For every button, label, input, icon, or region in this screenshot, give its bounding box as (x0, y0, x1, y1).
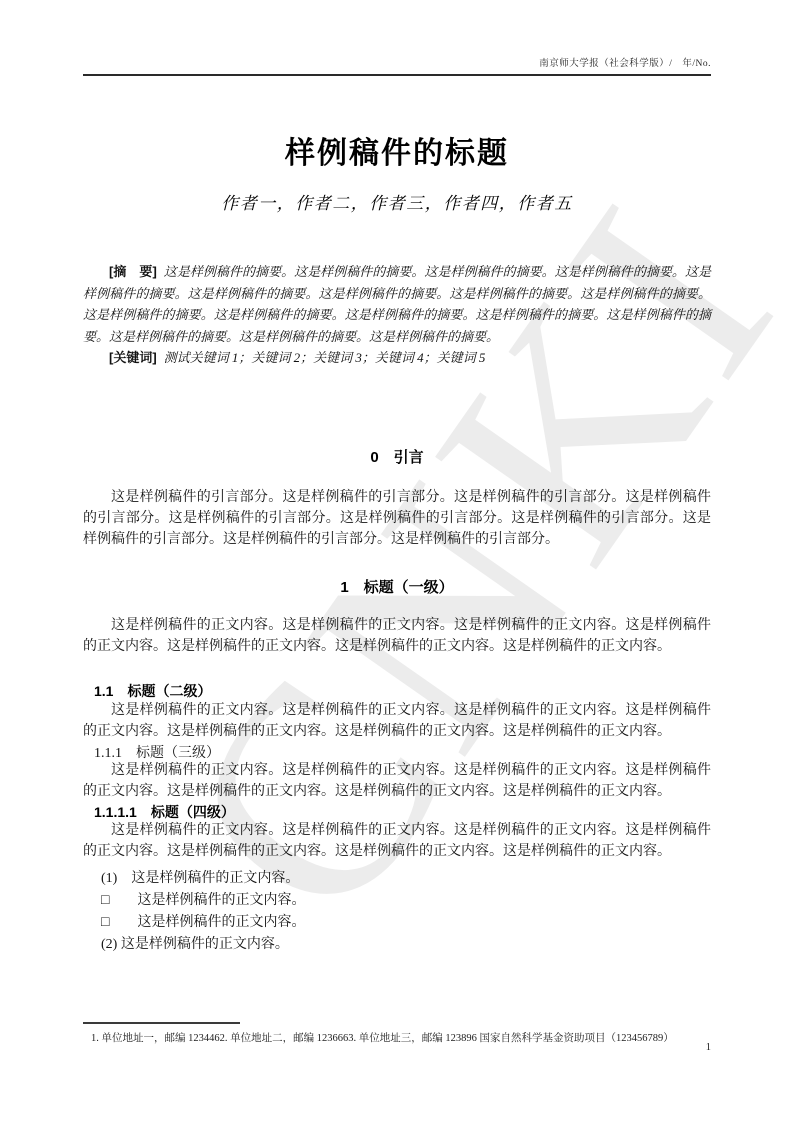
journal-header-line: 南京师大学报（社会科学版）/ 年/No. (83, 55, 711, 69)
numbered-list: (1) 这是样例稿件的正文内容。 □ 这是样例稿件的正文内容。 □ 这是样例稿件… (83, 868, 711, 956)
section-heading-level4: 1.1.1.1 标题（四级） (83, 802, 722, 822)
article-authors: 作者一，作者二，作者三，作者四，作者五 (83, 189, 711, 214)
abstract-paragraph: [摘 要]这是样例稿件的摘要。这是样例稿件的摘要。这是样例稿件的摘要。这是样例稿… (83, 261, 711, 347)
body-paragraph-level4: 这是样例稿件的正文内容。这是样例稿件的正文内容。这是样例稿件的正文内容。这是样例… (83, 820, 711, 862)
section-heading-level3: 1.1.1 标题（三级） (83, 742, 722, 762)
body-paragraph-level2: 这是样例稿件的正文内容。这是样例稿件的正文内容。这是样例稿件的正文内容。这是样例… (83, 700, 711, 742)
section-heading-level2: 1.1 标题（二级） (83, 681, 722, 701)
list-item: □ 这是样例稿件的正文内容。 (83, 890, 711, 912)
page-number: 1 (83, 1042, 713, 1053)
list-item: (1) 这是样例稿件的正文内容。 (83, 868, 711, 890)
document-page: CNKI 南京师大学报（社会科学版）/ 年/No. 样例稿件的标题 作者一，作者… (0, 0, 794, 1123)
section-heading-level1: 1 标题（一级） (83, 576, 711, 597)
abstract-text: 这是样例稿件的摘要。这是样例稿件的摘要。这是样例稿件的摘要。这是样例稿件的摘要。… (83, 264, 711, 344)
keywords-paragraph: [关键词]测试关键词 1；关键词 2；关键词 3；关键词 4；关键词 5 (83, 347, 711, 369)
keywords-text: 测试关键词 1；关键词 2；关键词 3；关键词 4；关键词 5 (164, 350, 486, 365)
body-paragraph-level3: 这是样例稿件的正文内容。这是样例稿件的正文内容。这是样例稿件的正文内容。这是样例… (83, 760, 711, 802)
list-item: (2) 这是样例稿件的正文内容。 (83, 934, 711, 956)
list-item: □ 这是样例稿件的正文内容。 (83, 912, 711, 934)
keywords-label: [关键词] (109, 350, 157, 365)
intro-paragraph: 这是样例稿件的引言部分。这是样例稿件的引言部分。这是样例稿件的引言部分。这是样例… (83, 487, 711, 550)
section-heading-intro: 0 引言 (83, 446, 711, 467)
abstract-label: [摘 要] (109, 264, 157, 279)
header-rule (83, 74, 711, 76)
footnote-rule (83, 1022, 240, 1024)
article-title: 样例稿件的标题 (83, 128, 711, 172)
abstract-block: [摘 要]这是样例稿件的摘要。这是样例稿件的摘要。这是样例稿件的摘要。这是样例稿… (83, 261, 711, 369)
body-paragraph-level1: 这是样例稿件的正文内容。这是样例稿件的正文内容。这是样例稿件的正文内容。这是样例… (83, 615, 711, 657)
